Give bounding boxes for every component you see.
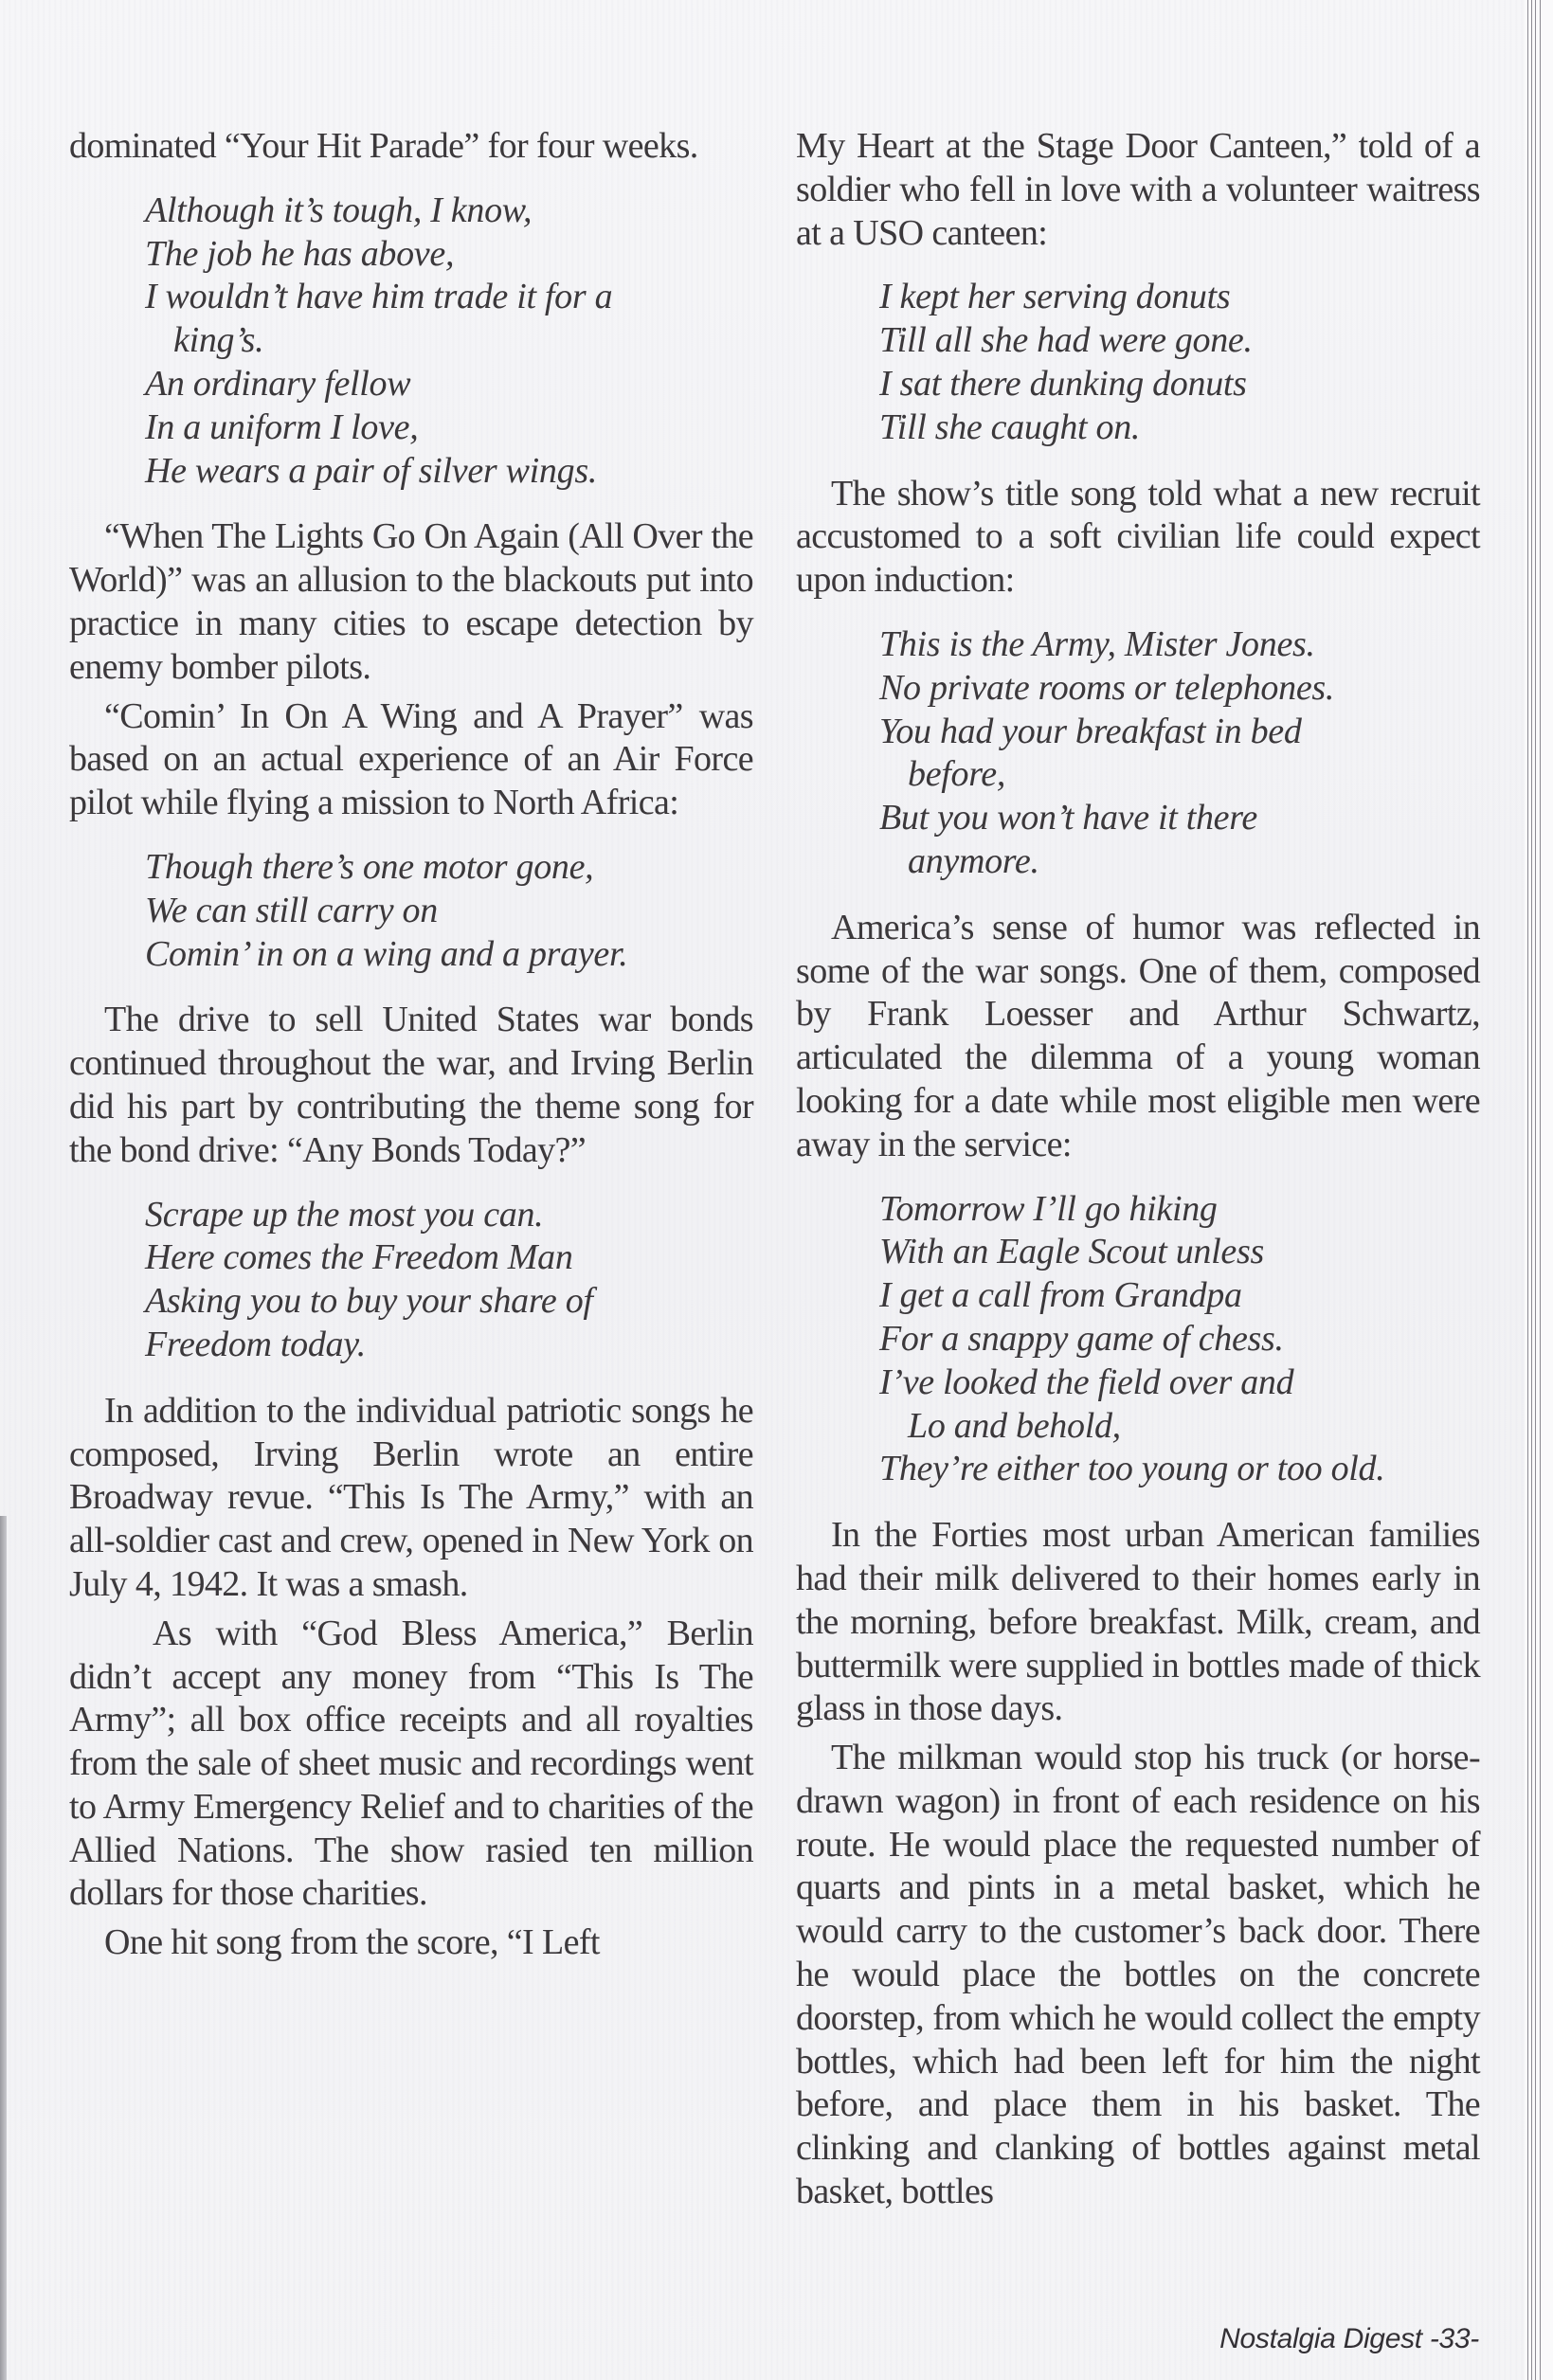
lyric-line: Though there’s one motor gone, — [145, 846, 753, 890]
lyric-line: An ordinary fellow — [145, 363, 753, 406]
lyric-line: I sat there dunking donuts — [879, 363, 1480, 406]
edge-line — [1527, 0, 1528, 2380]
lyric-line: I wouldn’t have him trade it for a — [145, 276, 753, 319]
left-column: dominated “Your Hit Parade” for four wee… — [69, 125, 753, 1971]
page-edge-shadow — [0, 1516, 7, 2380]
paragraph: As with “God Bless America,” Berlin didn… — [69, 1613, 753, 1917]
lyric-line: I kept her serving donuts — [879, 276, 1480, 319]
right-column: My Heart at the Stage Door Canteen,” tol… — [796, 125, 1480, 2220]
lyric-verse-stage-door-canteen: I kept her serving donuts Till all she h… — [796, 276, 1480, 449]
lyric-verse-wing-and-prayer: Though there’s one motor gone, We can st… — [69, 846, 753, 976]
edge-line — [1535, 0, 1536, 2380]
lyric-line: king’s. — [145, 319, 753, 363]
lyric-line: Although it’s tough, I know, — [145, 189, 753, 233]
lyric-line: Till all she had were gone. — [879, 319, 1480, 363]
lyric-line: This is the Army, Mister Jones. — [879, 623, 1480, 667]
lyric-line: Tomorrow I’ll go hiking — [879, 1188, 1480, 1232]
lyric-verse-any-bonds-today: Scrape up the most you can. Here comes t… — [69, 1194, 753, 1367]
binding-edge — [1525, 0, 1553, 2380]
paragraph: dominated “Your Hit Parade” for four wee… — [69, 125, 753, 169]
lyric-line: before, — [879, 753, 1480, 797]
paragraph: The show’s title song told what a new re… — [796, 473, 1480, 603]
lyric-verse-too-young-or-too-old: Tomorrow I’ll go hiking With an Eagle Sc… — [796, 1188, 1480, 1492]
paragraph: My Heart at the Stage Door Canteen,” tol… — [796, 125, 1480, 255]
lyric-line: Freedom today. — [145, 1324, 753, 1367]
paragraph: One hit song from the score, “I Left — [69, 1921, 753, 1965]
lyric-line: The job he has above, — [145, 233, 753, 277]
lyric-line: I get a call from Grandpa — [879, 1274, 1480, 1318]
paragraph: In the Forties most urban American famil… — [796, 1514, 1480, 1731]
lyric-line: No private rooms or telephones. — [879, 667, 1480, 711]
paragraph: “When The Lights Go On Again (All Over t… — [69, 515, 753, 689]
lyric-line: Lo and behold, — [879, 1405, 1480, 1449]
lyric-line: Comin’ in on a wing and a prayer. — [145, 933, 753, 977]
paragraph: In addition to the individual patriotic … — [69, 1390, 753, 1607]
paragraph: The drive to sell United States war bond… — [69, 999, 753, 1172]
lyric-line: We can still carry on — [145, 890, 753, 933]
edge-line — [1531, 0, 1532, 2380]
lyric-line: anymore. — [879, 840, 1480, 884]
lyric-line: They’re either too young or too old. — [879, 1448, 1480, 1491]
lyric-verse-silver-wings: Although it’s tough, I know, The job he … — [69, 189, 753, 494]
lyric-verse-this-is-the-army: This is the Army, Mister Jones. No priva… — [796, 623, 1480, 884]
lyric-line: I’ve looked the field over and — [879, 1361, 1480, 1405]
lyric-line: Till she caught on. — [879, 406, 1480, 450]
lyric-line: You had your breakfast in bed — [879, 711, 1480, 754]
lyric-line: Asking you to buy your share of — [145, 1280, 753, 1324]
paragraph: “Comin’ In On A Wing and A Prayer” was b… — [69, 695, 753, 825]
lyric-line: Here comes the Freedom Man — [145, 1236, 753, 1280]
paragraph: America’s sense of humor was reflected i… — [796, 907, 1480, 1167]
lyric-line: With an Eagle Scout unless — [879, 1231, 1480, 1274]
edge-line — [1540, 0, 1541, 2380]
lyric-line: For a snappy game of chess. — [879, 1318, 1480, 1361]
lyric-line: In a uniform I love, — [145, 406, 753, 450]
lyric-line: But you won’t have it there — [879, 797, 1480, 840]
paragraph: The milkman would stop his truck (or hor… — [796, 1737, 1480, 2214]
lyric-line: He wears a pair of silver wings. — [145, 450, 753, 494]
lyric-line: Scrape up the most you can. — [145, 1194, 753, 1237]
page-footer: Nostalgia Digest -33- — [1219, 2323, 1479, 2355]
